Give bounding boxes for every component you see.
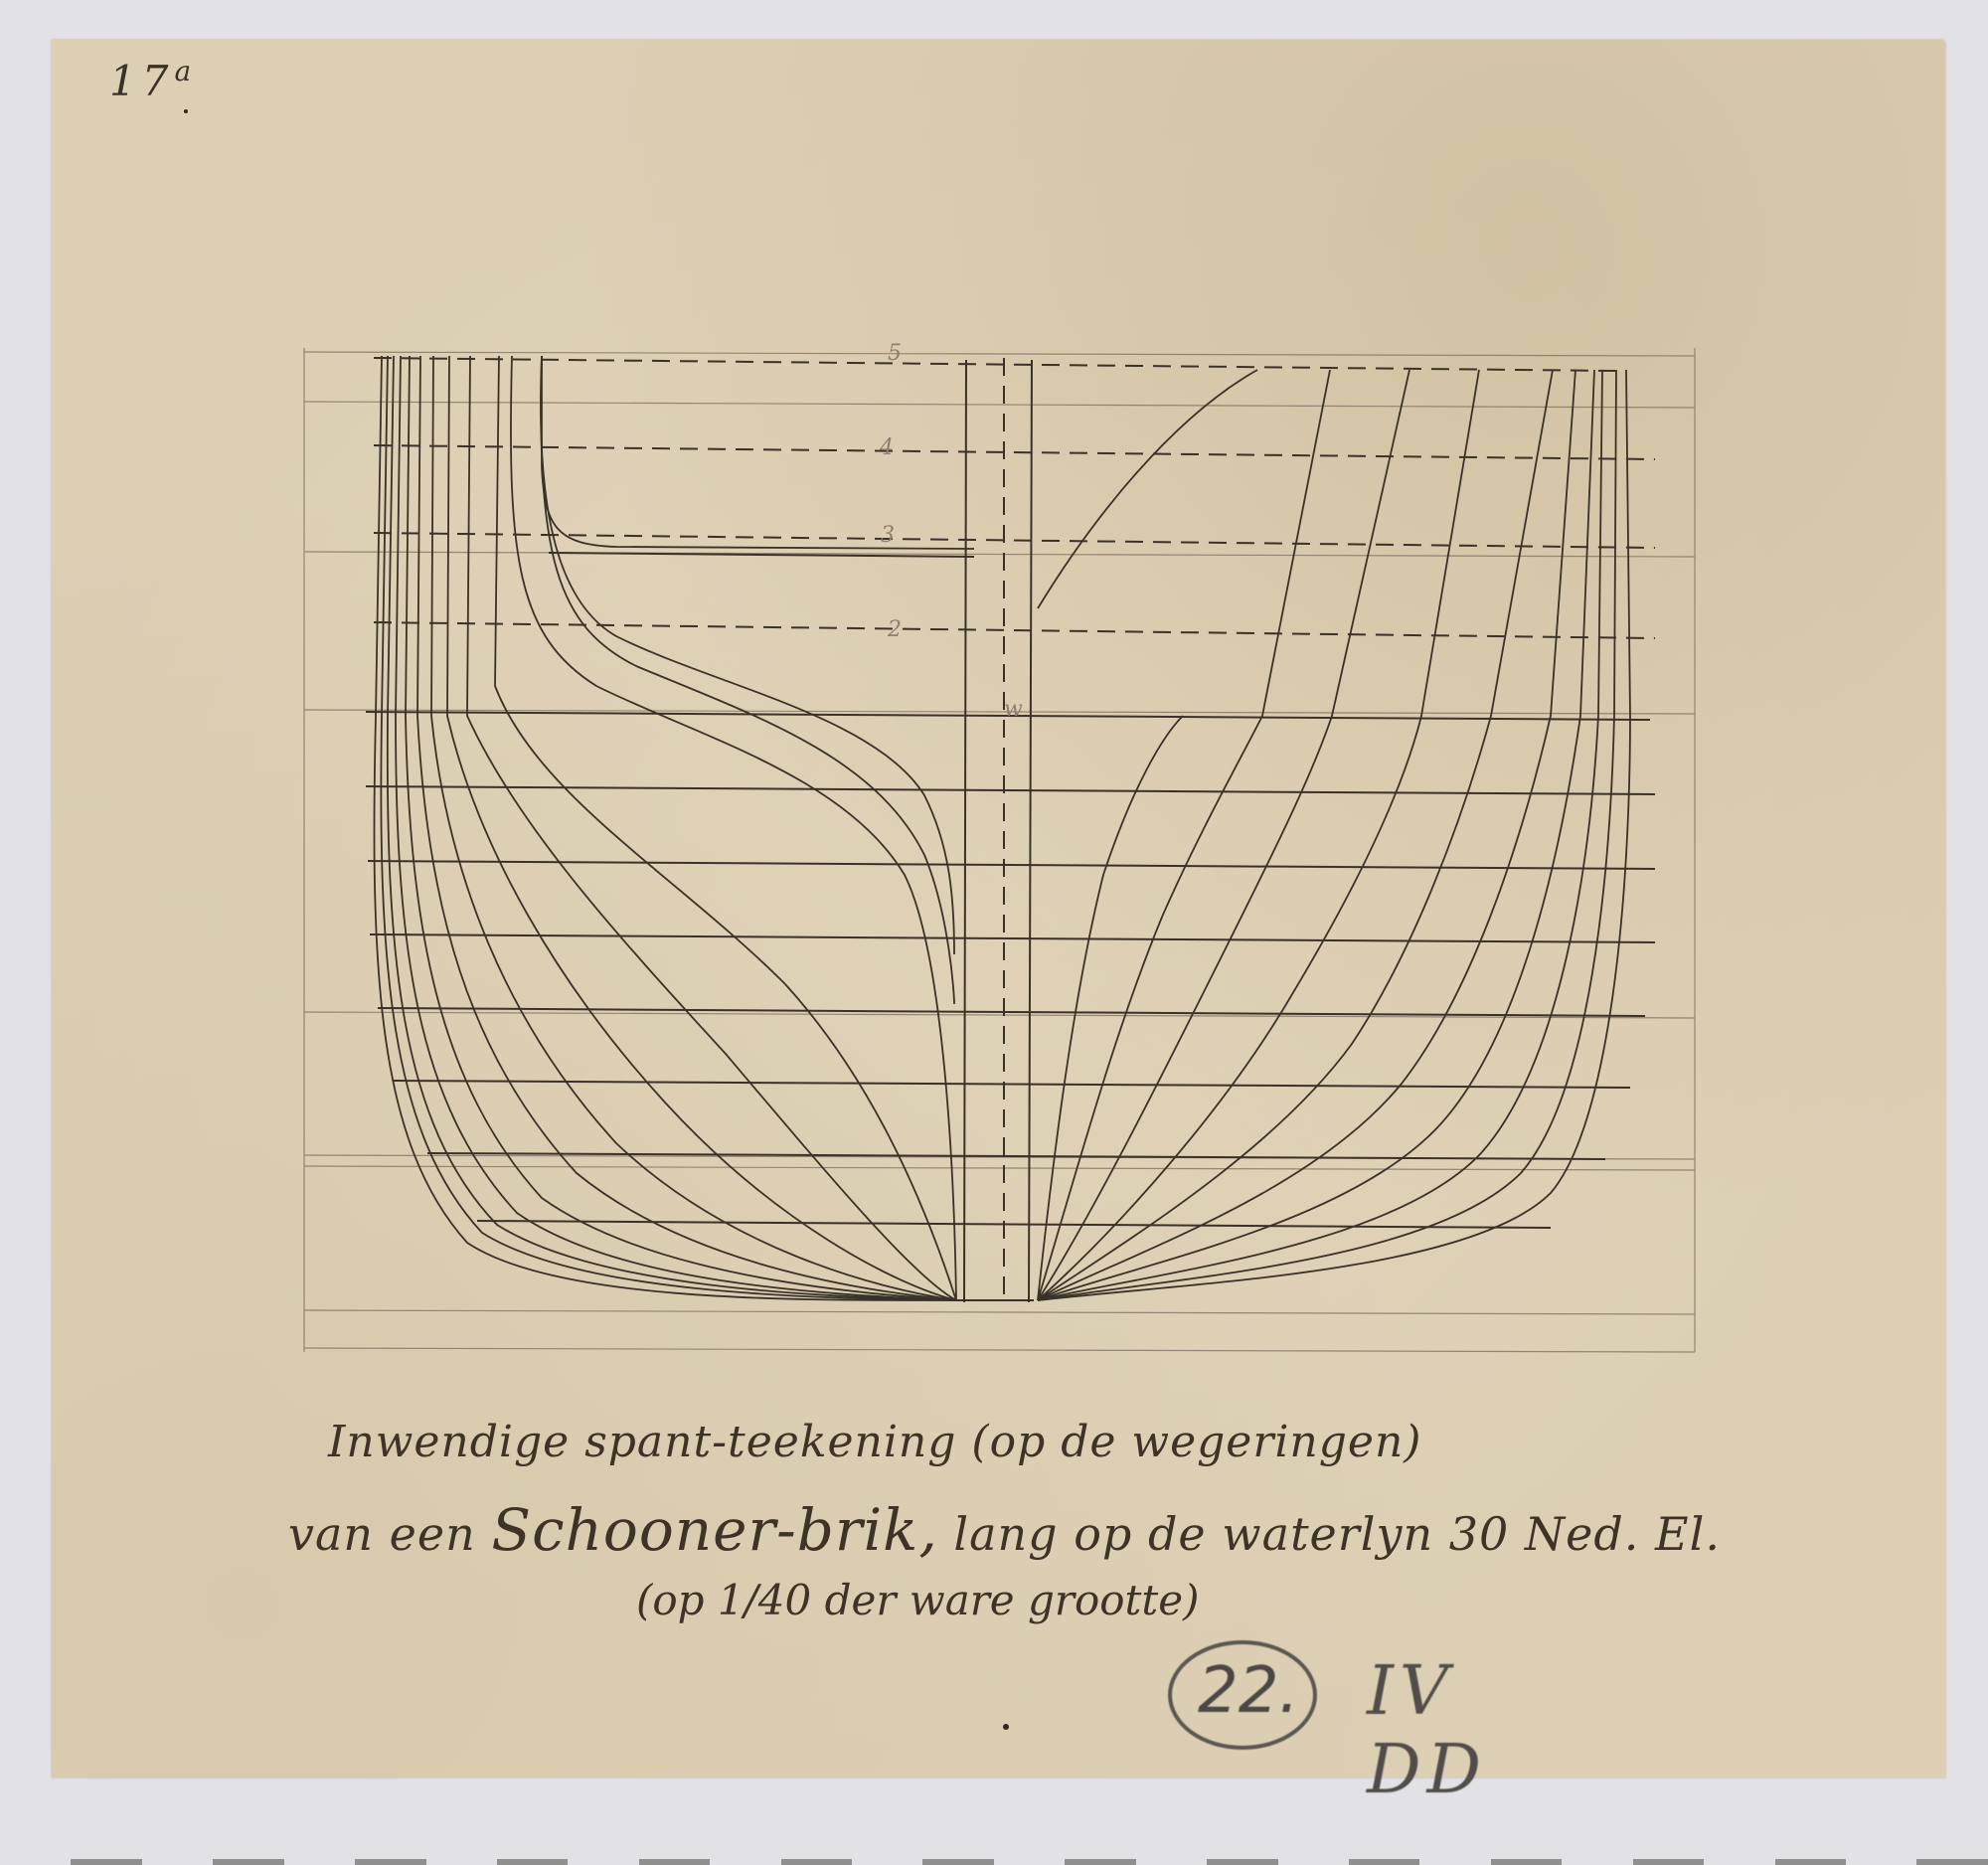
fore-frames	[1038, 370, 1630, 1300]
waterline-labels: 5 4 3 2 w	[879, 341, 1023, 722]
ink-spot	[184, 109, 188, 113]
scale-bar	[0, 1859, 1988, 1865]
caption-line-2: van een Schooner-brik, lang op de waterl…	[288, 1496, 1721, 1564]
waterline-label-w: w	[1004, 697, 1023, 722]
archive-stamp: 22. IV DD	[1168, 1640, 1585, 1750]
archive-number: 22.	[1198, 1654, 1299, 1728]
aft-frames	[374, 356, 974, 1300]
caption-vessel-type: Schooner-brik,	[491, 1496, 937, 1564]
ink-spot	[1003, 1724, 1009, 1730]
waterline-label-3: 3	[881, 523, 895, 548]
caption-line-2-prefix: van een	[288, 1507, 476, 1561]
caption-line-1: Inwendige spant-teekening (op de wegerin…	[328, 1417, 1421, 1467]
waterline-label-5: 5	[888, 341, 902, 366]
solid-waterlines	[366, 553, 1655, 1300]
caption-line-2-suffix: lang op de waterlyn 30 Ned. El.	[953, 1507, 1721, 1561]
caption-scale-note: (op 1/40 der ware grootte)	[636, 1576, 1200, 1624]
waterline-label-2: 2	[887, 617, 902, 642]
archive-code: IV DD	[1367, 1652, 1585, 1809]
keel-posts	[964, 360, 1032, 1302]
waterline-label-4: 4	[879, 435, 894, 460]
